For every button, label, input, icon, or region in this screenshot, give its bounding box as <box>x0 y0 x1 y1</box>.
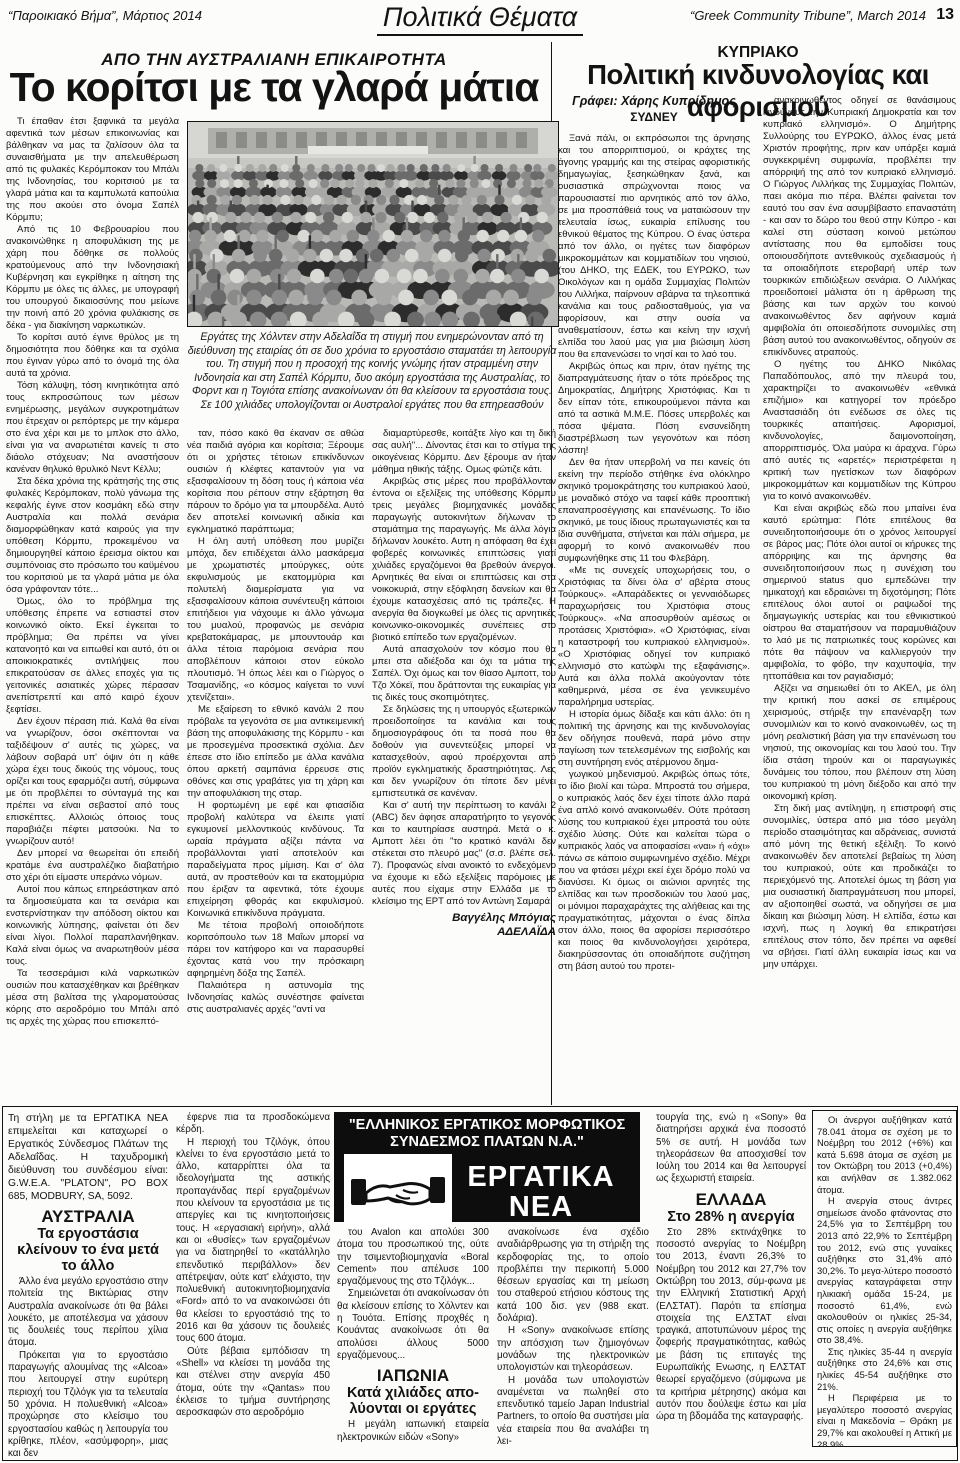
cyprus-column-b: ανακοινωθέντος οδηγεί σε θανάσιμους κινδ… <box>763 95 956 1101</box>
column-intro-note: Τη στήλη με τα ΕΡΓΑΤΙΚΑ ΝΕΑ επιμελείται … <box>8 1112 168 1203</box>
crowd-photo-illustration <box>188 122 558 326</box>
page-number: 13 <box>936 6 954 24</box>
australia-column-1: Άλλο ένα μεγάλο εργοστάσιο στην πολιτεία… <box>8 1276 168 1456</box>
union-name-line2: ΣΥΝΔΕΣΜΟΣ ΠΛΑΤΩΝ Ν.Α." <box>334 1134 640 1151</box>
ergatika-nea-banner: "ΕΛΛΗΝΙΚΟΣ ΕΡΓΑΤΙΚΟΣ ΜΟΡΦΩΤΙΚΟΣ ΣΥΝΔΕΣΜΟ… <box>334 1112 640 1222</box>
masthead-section-title: Πολιτικά Θέματα <box>300 2 660 36</box>
byline-city: ΣΥΔΝΕΥ <box>558 109 750 125</box>
ergatika-nea-title: ΕΡΓΑΤΙΚΑ ΝΕΑ <box>452 1162 630 1222</box>
japan-column-1: Η μεγάλη ιαπωνική εταιρεία ηλεκτρονικών … <box>337 1419 489 1444</box>
band-column-2: έφερνε πια τα προσδοκώμενα κέρδη.Η περιο… <box>176 1112 330 1456</box>
union-name-line1: "ΕΛΛΗΝΙΚΟΣ ΕΡΓΑΤΙΚΟΣ ΜΟΡΦΩΤΙΚΟΣ <box>334 1112 640 1134</box>
greece-body: Στο 28% εκτινάχθηκε το ποσοστό ανεργίας … <box>656 1227 806 1424</box>
cyprus-column-a: Ξανά πάλι, οι εκπρόσωποι της άρνησης και… <box>558 133 750 1101</box>
author-signature: Βαγγέλης Μπόγιας ΑΔΕΛΑΪΔΑ <box>372 911 556 939</box>
cyprus-byline: Γράφει: Χάρης Κυπρίδημος ΣΥΔΝΕΥ <box>558 93 750 125</box>
left-article-column-3: διαμαρτύρεσθε, κοιτάξτε λίγο και τη δική… <box>372 428 556 1088</box>
australia-section-label: ΑΥΣΤΡΑΛΙΑ <box>8 1207 168 1226</box>
australia-column-3: του Avalon και απολύει 300 άτομα του προ… <box>337 1227 489 1362</box>
left-article-column-2: ταν, πόσο κακό θα έκαναν σε αθώα νέα παι… <box>187 428 364 1088</box>
masthead-left: “Παροικιακό Βήμα”, Μάρτιος 2014 <box>8 8 202 23</box>
article-photo <box>187 121 559 327</box>
australia-section-title: Τα εργοστάσια κλείνουν το ένα μετά το άλ… <box>8 1226 168 1274</box>
band-column-5: τουργία της, ενώ η «Sony» θα διατηρήσει … <box>656 1112 806 1456</box>
newspaper-page: “Παροικιακό Βήμα”, Μάρτιος 2014 Πολιτικά… <box>0 0 960 1463</box>
masthead-right: “Greek Community Tribune”, March 2014 <box>690 8 926 23</box>
left-article-column-3-text: διαμαρτύρεσθε, κοιτάξτε λίγο και τη δική… <box>372 428 556 908</box>
greece-section-label: ΕΛΛΑΔΑ <box>656 1190 806 1209</box>
left-article-headline: Το κορίτσι με τα γλαρά μάτια <box>0 64 548 111</box>
byline-author: Γράφει: Χάρης Κυπρίδημος <box>558 93 750 109</box>
japan-column-tail: τουργία της, ενώ η «Sony» θα διατηρήσει … <box>656 1112 806 1186</box>
japan-section-label: ΙΑΠΩΝΙΑ <box>337 1366 489 1385</box>
author-name: Βαγγέλης Μπόγιας <box>372 911 556 925</box>
handshake-logo-icon <box>344 1154 452 1230</box>
greece-stats-box: Οι άνεργοι αυξήθηκαν κατά 78.041 άτομα σ… <box>812 1110 957 1447</box>
greece-section-title: Στο 28% η ανεργία <box>656 1209 806 1225</box>
band-column-4: ανακοίνωσε ένα σχέδιο αναδιάρθρωσης για … <box>497 1227 649 1457</box>
band-column-3: του Avalon και απολύει 300 άτομα του προ… <box>337 1227 489 1457</box>
japan-section-title: Κατά χιλιάδες απο-λύονται οι εργάτες <box>337 1385 489 1417</box>
band-column-1: Τη στήλη με τα ΕΡΓΑΤΙΚΑ ΝΕΑ επιμελείται … <box>8 1112 168 1456</box>
left-article-column-1: Τι έπαθαν έτσι ξαφνικά τα μεγάλα αφεντικ… <box>6 116 179 1088</box>
photo-caption: Εργάτες της Χόλντεν στην Αδελαΐδα τη στι… <box>187 331 557 412</box>
author-city: ΑΔΕΛΑΪΔΑ <box>372 925 556 939</box>
